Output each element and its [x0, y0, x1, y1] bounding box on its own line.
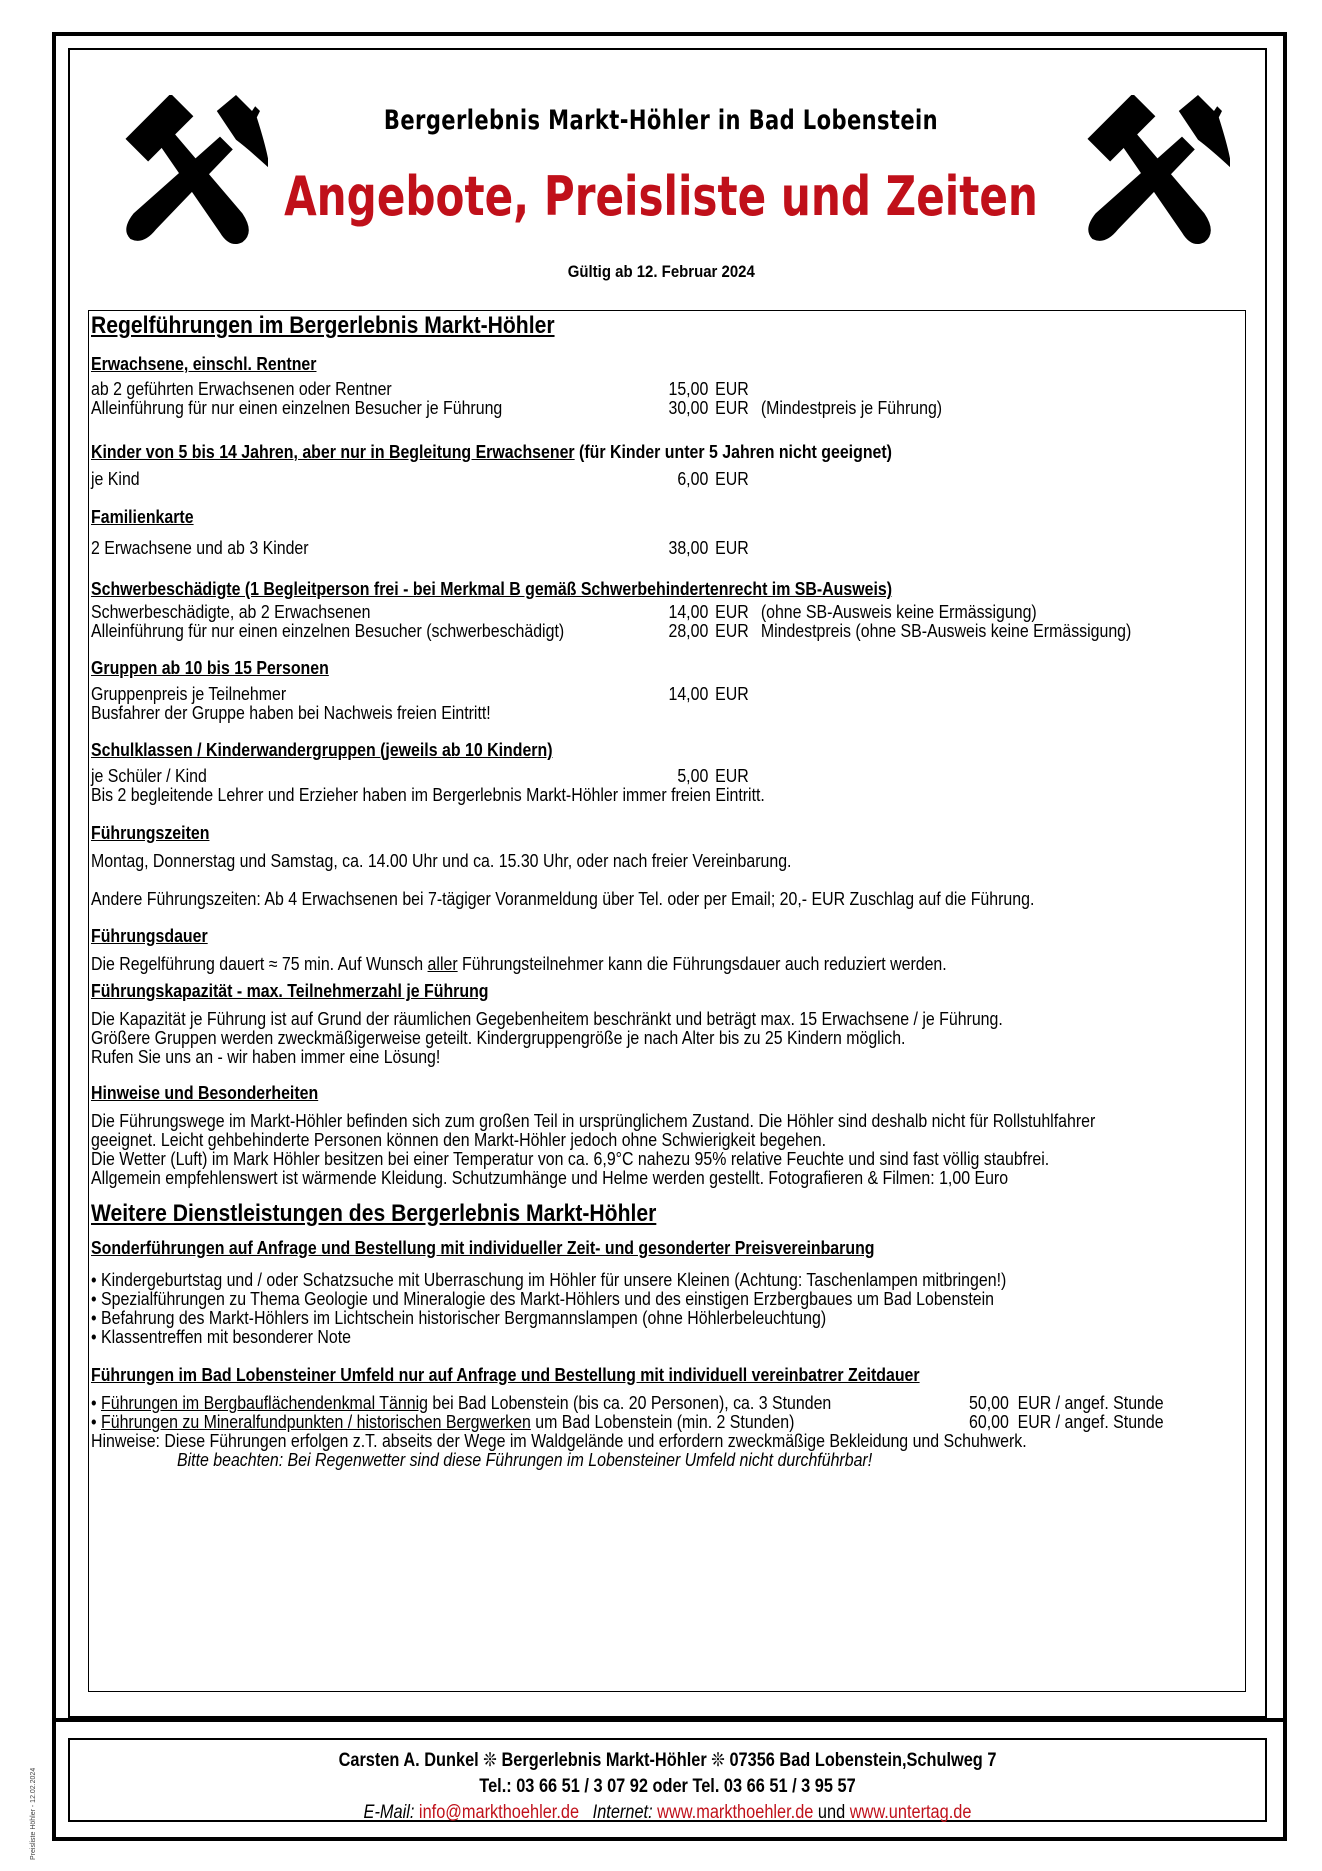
schools-note: Bis 2 begleitende Lehrer und Erzieher ha… — [91, 784, 765, 806]
schools-heading: Schulklassen / Kinderwandergruppen (jewe… — [91, 739, 553, 761]
price-row-label: Alleinführung für nur einen einzelnen Be… — [91, 620, 564, 642]
groups-note: Busfahrer der Gruppe haben bei Nachweis … — [91, 702, 491, 724]
price-row-label: 2 Erwachsene und ab 3 Kinder — [91, 537, 309, 559]
times-line: Andere Führungszeiten: Ab 4 Erwachsenen … — [91, 888, 1034, 910]
website-link-markthoehler[interactable]: www.markthoehler.de — [657, 1802, 813, 1823]
section-heading-regular: Regelführungen im Bergerlebnis Markt-Höh… — [91, 315, 555, 337]
notes-heading: Hinweise und Besonderheiten — [91, 1082, 318, 1104]
price-list-box: Regelführungen im Bergerlebnis Markt-Höh… — [88, 310, 1246, 1692]
section-heading-further: Weitere Dienstleistungen des Bergerlebni… — [91, 1203, 656, 1225]
footer-phone: Tel.: 03 66 51 / 3 07 92 oder Tel. 03 66… — [154, 1774, 1182, 1800]
price-row-value: 28,00EURMindestpreis (ohne SB-Ausweis ke… — [661, 620, 1131, 642]
surroundings-warning: Bitte beachten: Bei Regenwetter sind die… — [177, 1449, 872, 1471]
notes-line: Allgemein empfehlenswert ist wärmende Kl… — [91, 1167, 1008, 1189]
duration-text: Die Regelführung dauert ≈ 75 min. Auf Wu… — [91, 953, 947, 975]
valid-from: Gültig ab 12. Februar 2024 — [0, 262, 1322, 282]
footer-divider — [52, 1718, 1287, 1722]
times-heading: Führungszeiten — [91, 822, 209, 844]
page-title: Angebote, Preisliste und Zeiten — [145, 165, 1176, 228]
price-row-label: Alleinführung für nur einen einzelnen Be… — [91, 397, 502, 419]
price-row-value: 14,00EUR — [661, 683, 749, 705]
list-item: • Klassentreffen mit besonderer Note — [91, 1326, 351, 1348]
times-line: Montag, Donnerstag und Samstag, ca. 14.0… — [91, 850, 791, 872]
email-link[interactable]: info@markthoehler.de — [419, 1802, 579, 1823]
footer-address: Carsten A. Dunkel ❊ Bergerlebnis Markt-H… — [154, 1748, 1182, 1774]
price-row-value: 6,00EUR — [661, 468, 749, 490]
groups-heading: Gruppen ab 10 bis 15 Personen — [91, 657, 329, 679]
footer-contact: Carsten A. Dunkel ❊ Bergerlebnis Markt-H… — [68, 1738, 1267, 1822]
surroundings-heading: Führungen im Bad Lobensteiner Umfeld nur… — [91, 1364, 920, 1386]
children-heading: Kinder von 5 bis 14 Jahren, aber nur in … — [91, 441, 892, 463]
capacity-heading: Führungskapazität - max. Teilnehmerzahl … — [91, 980, 489, 1002]
duration-heading: Führungsdauer — [91, 925, 208, 947]
footer-links: E-Mail: info@markthoehler.de Internet: w… — [154, 1800, 1182, 1826]
header-subtitle: Bergerlebnis Markt-Höhler in Bad Lobenst… — [145, 105, 1176, 136]
tour-link[interactable]: Führungen zu Mineralfundpunkten / histor… — [101, 1411, 531, 1432]
website-link-untertag[interactable]: www.untertag.de — [850, 1802, 972, 1823]
special-heading: Sonderführungen auf Anfrage und Bestellu… — [91, 1237, 875, 1259]
price-row-value: 30,00EUR(Mindestpreis je Führung) — [661, 397, 942, 419]
price-row-label: je Kind — [91, 468, 140, 490]
family-heading: Familienkarte — [91, 506, 194, 528]
price-row-value: 38,00EUR — [661, 537, 749, 559]
capacity-line: Rufen Sie uns an - wir haben immer eine … — [91, 1046, 440, 1068]
tour-link[interactable]: Führungen im Bergbauflächendenkmal Tänni… — [101, 1392, 428, 1413]
adults-heading: Erwachsene, einschl. Rentner — [91, 353, 316, 375]
disabled-heading: Schwerbeschädigte (1 Begleitperson frei … — [91, 578, 892, 600]
side-note: Preisliste Höhler - 12.02.2024 — [30, 1768, 37, 1860]
